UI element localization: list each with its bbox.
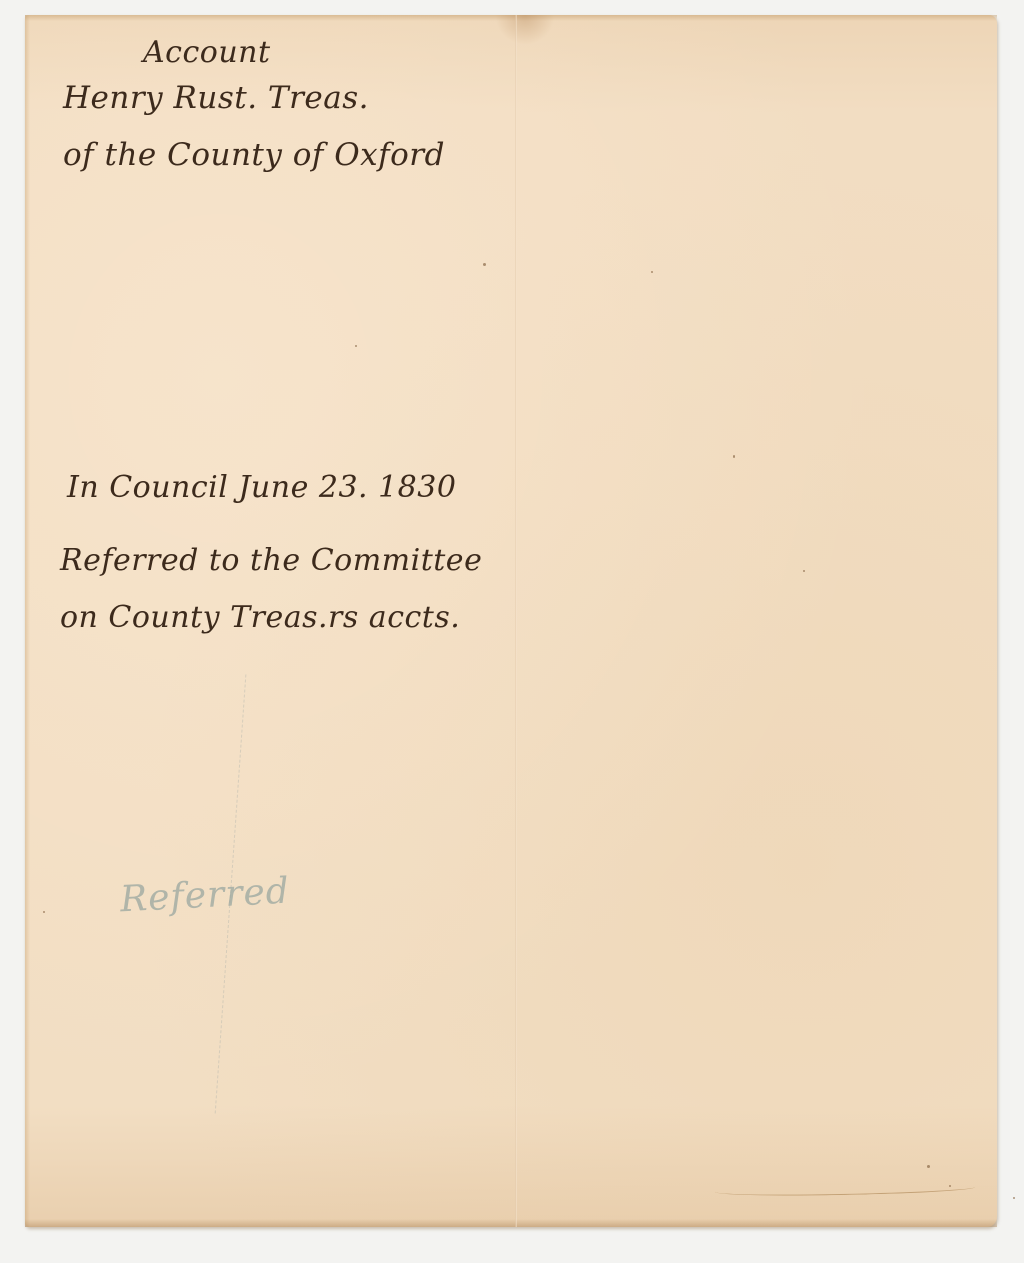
fold-stain — [495, 15, 555, 45]
docket-title: Account — [143, 35, 271, 70]
docket-treasurer-name: Henry Rust. Treas. — [63, 80, 369, 116]
ink-speck — [43, 911, 45, 913]
document-sheet: Account Henry Rust. Treas. of the County… — [25, 15, 997, 1227]
council-committee-line: on County Treas.rs accts. — [60, 600, 460, 635]
ink-speck — [1013, 1197, 1015, 1199]
docket-county: of the County of Oxford — [63, 137, 445, 173]
ink-speck — [803, 570, 805, 572]
paper-bottom-edge — [25, 1219, 997, 1227]
ink-speck — [483, 263, 486, 266]
paper-left-edge — [25, 15, 30, 1227]
pencil-annotation: Referred — [119, 871, 291, 921]
ink-speck — [651, 271, 653, 273]
ink-speck — [355, 345, 357, 347]
council-date-line: In Council June 23. 1830 — [67, 470, 456, 505]
center-fold-line — [515, 15, 517, 1227]
council-referral-line: Referred to the Committee — [60, 543, 482, 578]
ink-speck — [927, 1165, 930, 1168]
ink-speck — [733, 455, 735, 458]
ink-speck — [949, 1185, 951, 1187]
paper-tear — [715, 1181, 975, 1199]
